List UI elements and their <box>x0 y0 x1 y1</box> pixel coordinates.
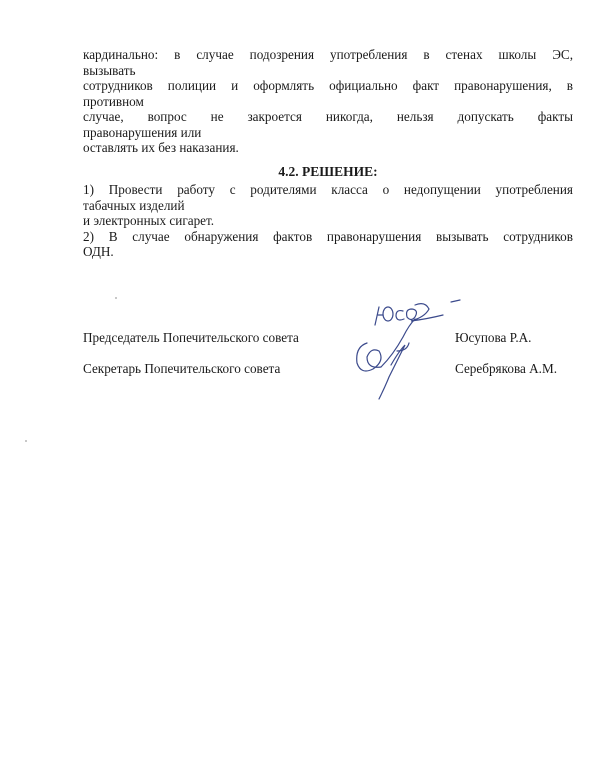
text-line: кардинально: в случае подозрения употреб… <box>83 47 573 63</box>
decision-line: и электронных сигарет. <box>83 213 573 229</box>
decision-line: ОДН. <box>83 244 573 260</box>
text-line: противном <box>83 94 573 110</box>
text-line: случае, вопрос не закроется никогда, нел… <box>83 109 573 125</box>
text-line: правонарушения или <box>83 125 573 141</box>
decision-line: 1) Провести работу с родителями класса о… <box>83 182 573 198</box>
text-line: сотрудников полиции и оформлять официаль… <box>83 78 573 94</box>
text-line: вызывать <box>83 63 573 79</box>
handwritten-signature-icon <box>345 295 475 405</box>
decision-line: табачных изделий <box>83 198 573 214</box>
decision-list: 1) Провести работу с родителями класса о… <box>83 182 573 260</box>
decision-line: 2) В случае обнаружения фактов правонару… <box>83 229 573 245</box>
section-heading: 4.2. РЕШЕНИЕ: <box>83 164 573 180</box>
secretary-title: Секретарь Попечительского совета <box>83 361 280 377</box>
paragraph-continuation: кардинально: в случае подозрения употреб… <box>83 47 573 156</box>
scan-artifact <box>115 297 117 299</box>
text-line: оставлять их без наказания. <box>83 140 573 156</box>
scan-artifact <box>25 440 27 442</box>
document-page: кардинально: в случае подозрения употреб… <box>0 0 595 775</box>
chairman-title: Председатель Попечительского совета <box>83 330 299 346</box>
